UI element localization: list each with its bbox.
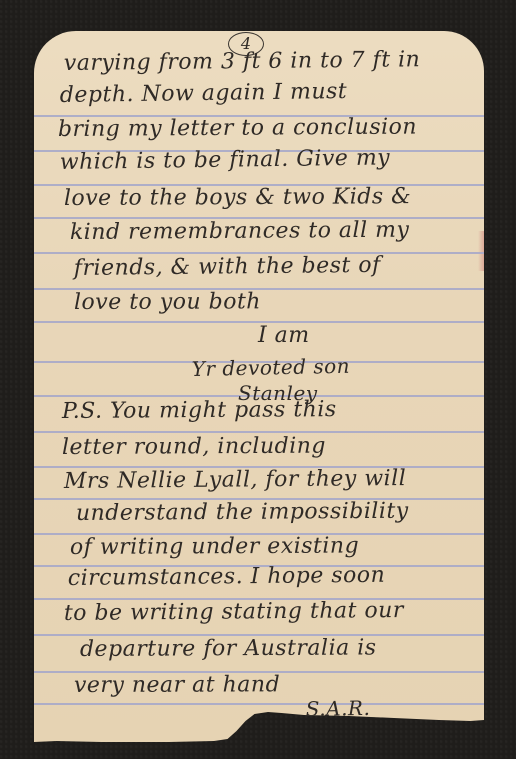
text-line: varying from 3 ft 6 in to 7 ft in — [64, 47, 421, 76]
text-line: understand the impossibility — [76, 499, 409, 526]
text-line: depth. Now again I must — [60, 79, 348, 108]
text-line: which is to be final. Give my — [60, 145, 391, 175]
text-line: letter round, including — [62, 434, 326, 460]
text-line: circumstances. I hope soon — [68, 563, 386, 591]
letter-page: 4 varying from 3 ft 6 in to 7 ft in dept… — [34, 31, 484, 742]
ruled-line — [34, 703, 484, 705]
text-line: I am — [258, 323, 310, 348]
text-line: bring my letter to a conclusion — [58, 114, 417, 142]
red-stain — [478, 231, 484, 271]
text-line: love to the boys & two Kids & — [64, 184, 411, 211]
ruled-line — [34, 431, 484, 433]
text-line: departure for Australia is — [80, 635, 377, 662]
text-line: Mrs Nellie Lyall, for they will — [64, 466, 407, 494]
text-line: kind remembrances to all my — [70, 218, 410, 245]
text-line: Yr devoted son — [191, 354, 350, 381]
text-line: to be writing stating that our — [64, 598, 404, 626]
text-line: love to you both — [74, 289, 261, 315]
text-line: friends, & with the best of — [74, 253, 381, 281]
text-line: of writing under existing — [70, 533, 359, 560]
text-line: P.S. You might pass this — [62, 397, 337, 424]
text-line: very near at hand — [74, 672, 280, 698]
